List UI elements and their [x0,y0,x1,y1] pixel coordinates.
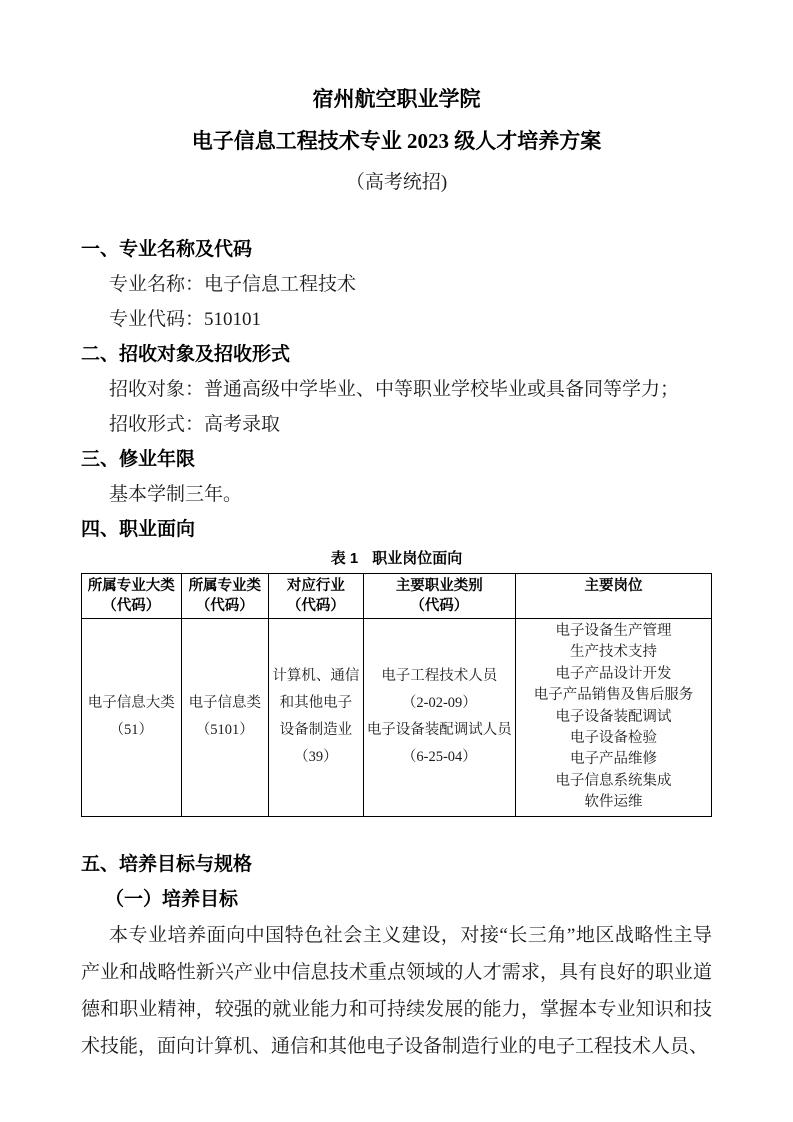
table-caption: 表 1职业岗位面向 [81,549,712,569]
section-heading-5: 五、培养目标与规格 [81,847,712,882]
cell-major-category: 电子信息大类 （51） [82,619,182,817]
sub-heading-training-goal: （一）培养目标 [81,882,712,917]
career-orientation-table: 所属专业大类 （代码） 所属专业类 （代码） 对应行业 （代码） 主要职业类别 … [81,573,712,817]
table-caption-title: 职业岗位面向 [372,550,462,567]
doc-subtitle: （高考统招) [81,162,712,204]
major-code-line: 专业代码：510101 [81,302,712,337]
table-row: 电子信息大类 （51） 电子信息类 （5101） 计算机、通信 和其他电子 设备… [82,619,712,817]
major-name-line: 专业名称：电子信息工程技术 [81,267,712,302]
col-header-positions: 主要岗位 [516,574,712,619]
table-header-row: 所属专业大类 （代码） 所属专业类 （代码） 对应行业 （代码） 主要职业类别 … [82,574,712,619]
cell-positions: 电子设备生产管理 生产技术支持 电子产品设计开发 电子产品销售及售后服务 电子设… [516,619,712,817]
col-header-category: 所属专业类 （代码） [181,574,269,619]
admission-target-line: 招收对象：普通高级中学毕业、中等职业学校毕业或具备同等学力； [81,372,712,407]
document-page: 宿州航空职业学院 电子信息工程技术专业 2023 级人才培养方案 （高考统招) … [0,0,793,1122]
schooling-length-line: 基本学制三年。 [81,477,712,512]
col-header-industry: 对应行业 （代码） [269,574,364,619]
doc-title-line2: 电子信息工程技术专业 2023 级人才培养方案 [81,120,712,162]
col-header-occupation: 主要职业类别 （代码） [363,574,515,619]
col-header-major-category: 所属专业大类 （代码） [82,574,182,619]
section-heading-1: 一、专业名称及代码 [81,232,712,267]
cell-industry: 计算机、通信 和其他电子 设备制造业 （39） [269,619,364,817]
doc-title-line1: 宿州航空职业学院 [81,78,712,120]
cell-occupation: 电子工程技术人员 （2-02-09） 电子设备装配调试人员 （6-25-04） [363,619,515,817]
cell-category: 电子信息类 （5101） [181,619,269,817]
section-list: 一、专业名称及代码 专业名称：电子信息工程技术 专业代码：510101 二、招收… [81,232,712,547]
section-heading-4: 四、职业面向 [81,512,712,547]
training-goal-paragraph: 本专业培养面向中国特色社会主义建设，对接“长三角”地区战略性主导产业和战略性新兴… [81,917,712,1065]
section-heading-2: 二、招收对象及招收形式 [81,337,712,372]
section-heading-3: 三、修业年限 [81,442,712,477]
admission-form-line: 招收形式：高考录取 [81,407,712,442]
table-caption-label: 表 1 [331,550,359,567]
section-five: 五、培养目标与规格 （一）培养目标 本专业培养面向中国特色社会主义建设，对接“长… [81,847,712,1065]
